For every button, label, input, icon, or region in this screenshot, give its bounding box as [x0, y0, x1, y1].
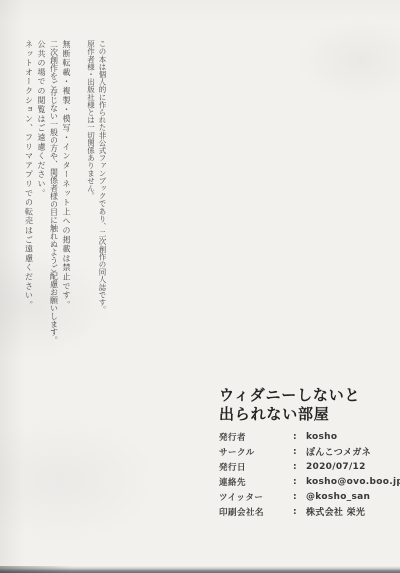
credit-label: ツイッター	[219, 491, 293, 503]
credit-row-contact: 連絡先 : kosho@ovo.boo.jp	[219, 474, 400, 489]
credit-label: サークル	[219, 446, 293, 458]
credit-value: @kosho_san	[306, 492, 370, 502]
credit-value: 2020/07/12	[306, 462, 366, 472]
book-title-line-2: 出られない部屋	[219, 405, 330, 423]
credit-separator: :	[293, 447, 306, 457]
credit-separator: :	[293, 477, 306, 487]
credit-row-publication-date: 発行日 : 2020/07/12	[219, 459, 400, 474]
credit-separator: :	[293, 507, 306, 517]
credits-table: 発行者 : kosho サークル : ぽんこつメガネ 発行日 : 2020/07…	[219, 429, 400, 519]
credit-row-twitter: ツイッター : @kosho_san	[219, 489, 400, 504]
credit-value: 株式会社 栄光	[306, 505, 365, 518]
credit-value: kosho	[306, 432, 337, 442]
credit-separator: :	[293, 492, 306, 502]
credit-row-publisher: 発行者 : kosho	[219, 429, 400, 444]
disclaimer-line: 原作者様・出版社様とは一切関係ありません。	[85, 40, 97, 375]
credit-row-printer: 印刷会社名 : 株式会社 栄光	[219, 504, 400, 519]
credit-label: 連絡先	[219, 476, 293, 488]
credit-label: 発行者	[219, 431, 293, 443]
disclaimer-line: 公共の場での閲覧はご遠慮ください。	[35, 40, 48, 375]
credit-label: 発行日	[219, 461, 293, 473]
book-title: ウィダニーしないと 出られない部屋	[219, 386, 360, 424]
disclaimer-line: 無断転載・複製・模写・インターネット上への掲載は禁止です。	[60, 40, 73, 375]
credit-value: ぽんこつメガネ	[306, 445, 371, 458]
credit-separator: :	[293, 462, 306, 472]
book-title-line-1: ウィダニーしないと	[219, 386, 360, 404]
credit-row-circle: サークル : ぽんこつメガネ	[219, 444, 400, 459]
credit-label: 印刷会社名	[219, 506, 293, 518]
scanned-colophon-page: この本は個人的に作られた非公式ファンブックであり、二次創作の同人誌です。 原作者…	[0, 0, 400, 573]
disclaimer-paragraph-1: この本は個人的に作られた非公式ファンブックであり、二次創作の同人誌です。 原作者…	[85, 40, 108, 375]
disclaimer-paragraph-2: 無断転載・複製・模写・インターネット上への掲載は禁止です。 二次創作をご存じない…	[22, 40, 72, 375]
disclaimer-line: この本は個人的に作られた非公式ファンブックであり、二次創作の同人誌です。	[97, 40, 109, 375]
disclaimer-line: 二次創作をご存じない一般の方や、関係者様の目に触れぬようご配慮お願いします。	[47, 40, 60, 375]
scan-edge-artifact	[0, 566, 400, 573]
credit-value: kosho@ovo.boo.jp	[306, 477, 400, 487]
disclaimer-line: ネットオークション、フリマアプリでの転売はご遠慮ください。	[22, 40, 35, 375]
credit-separator: :	[293, 432, 306, 442]
disclaimer-text-block: この本は個人的に作られた非公式ファンブックであり、二次創作の同人誌です。 原作者…	[12, 40, 108, 375]
